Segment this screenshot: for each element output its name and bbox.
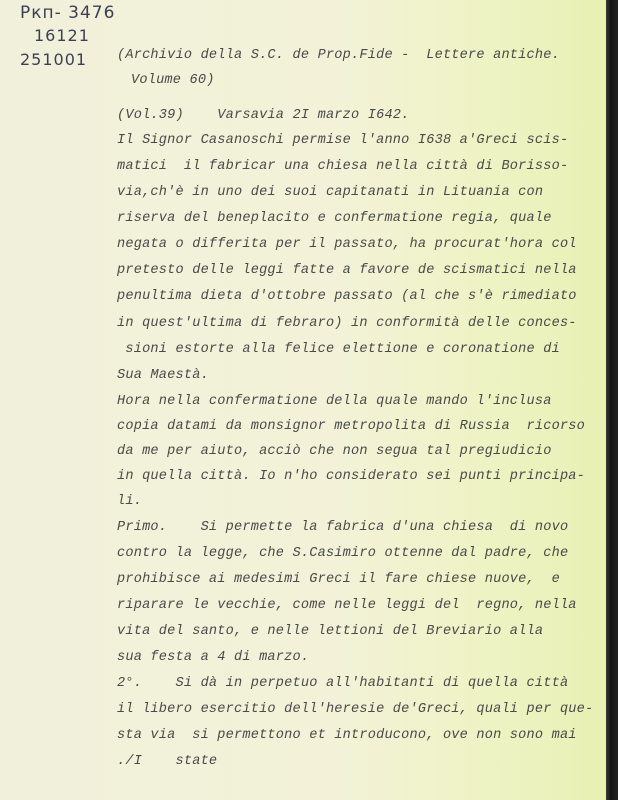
letter-line: riparare le vecchie, come nelle leggi de… — [117, 598, 577, 613]
letter-line: da me per aiuto, acciò che non segua tal… — [117, 444, 552, 459]
letter-line: il libero esercitio dell'heresie de'Grec… — [117, 702, 593, 717]
letter-line: 2°. Si dà in perpetuo all'habitanti di q… — [117, 676, 568, 691]
letter-line: copia datami da monsignor metropolita di… — [117, 419, 585, 434]
letter-line: sta via si permettono et introducono, ov… — [117, 728, 577, 743]
letter-line: matici il fabricar una chiesa nella citt… — [117, 159, 568, 174]
letter-line: ./I state — [117, 754, 217, 769]
handwritten-reference: Ркп- 3476 — [20, 3, 115, 23]
letter-line: penultima dieta d'ottobre passato (al ch… — [117, 289, 577, 304]
letter-line: Il Signor Casanoschi permise l'anno I638… — [117, 133, 568, 148]
letter-line: negata o differita per il passato, ha pr… — [117, 237, 577, 252]
letter-line: Primo. Si permette la fabrica d'una chie… — [117, 520, 568, 535]
document-page: Ркп- 3476 16121 251001 (Archivio della S… — [0, 0, 606, 800]
dateline: (Vol.39) Varsavia 2I marzo I642. — [117, 108, 410, 123]
source-citation-volume: Volume 60) — [131, 73, 215, 88]
letter-line: contro la legge, che S.Casimiro ottenne … — [117, 546, 568, 561]
letter-line: sua festa a 4 di marzo. — [117, 650, 309, 665]
letter-line: sioni estorte alla felice elettione e co… — [117, 342, 560, 357]
handwritten-reference: 16121 — [34, 26, 90, 45]
letter-line: Hora nella confermatione della quale man… — [117, 394, 552, 409]
letter-line: vita del santo, e nelle lettioni del Bre… — [117, 624, 543, 639]
letter-line: in quella città. Io n'ho considerato sei… — [117, 469, 585, 484]
letter-line: prohibisce ai medesimi Greci il fare chi… — [117, 572, 560, 587]
letter-line: via,ch'è in uno dei suoi capitanati in L… — [117, 185, 543, 200]
scan-edge — [606, 0, 618, 800]
source-citation: (Archivio della S.C. de Prop.Fide - Lett… — [117, 48, 560, 63]
letter-line: li. — [117, 494, 142, 509]
handwritten-reference: 251001 — [20, 50, 87, 69]
letter-line: Sua Maestà. — [117, 368, 209, 383]
letter-line: pretesto delle leggi fatte a favore de s… — [117, 263, 577, 278]
letter-line: in quest'ultima di febraro) in conformit… — [117, 316, 577, 331]
letter-line: riserva del beneplacito e confermatione … — [117, 211, 552, 226]
